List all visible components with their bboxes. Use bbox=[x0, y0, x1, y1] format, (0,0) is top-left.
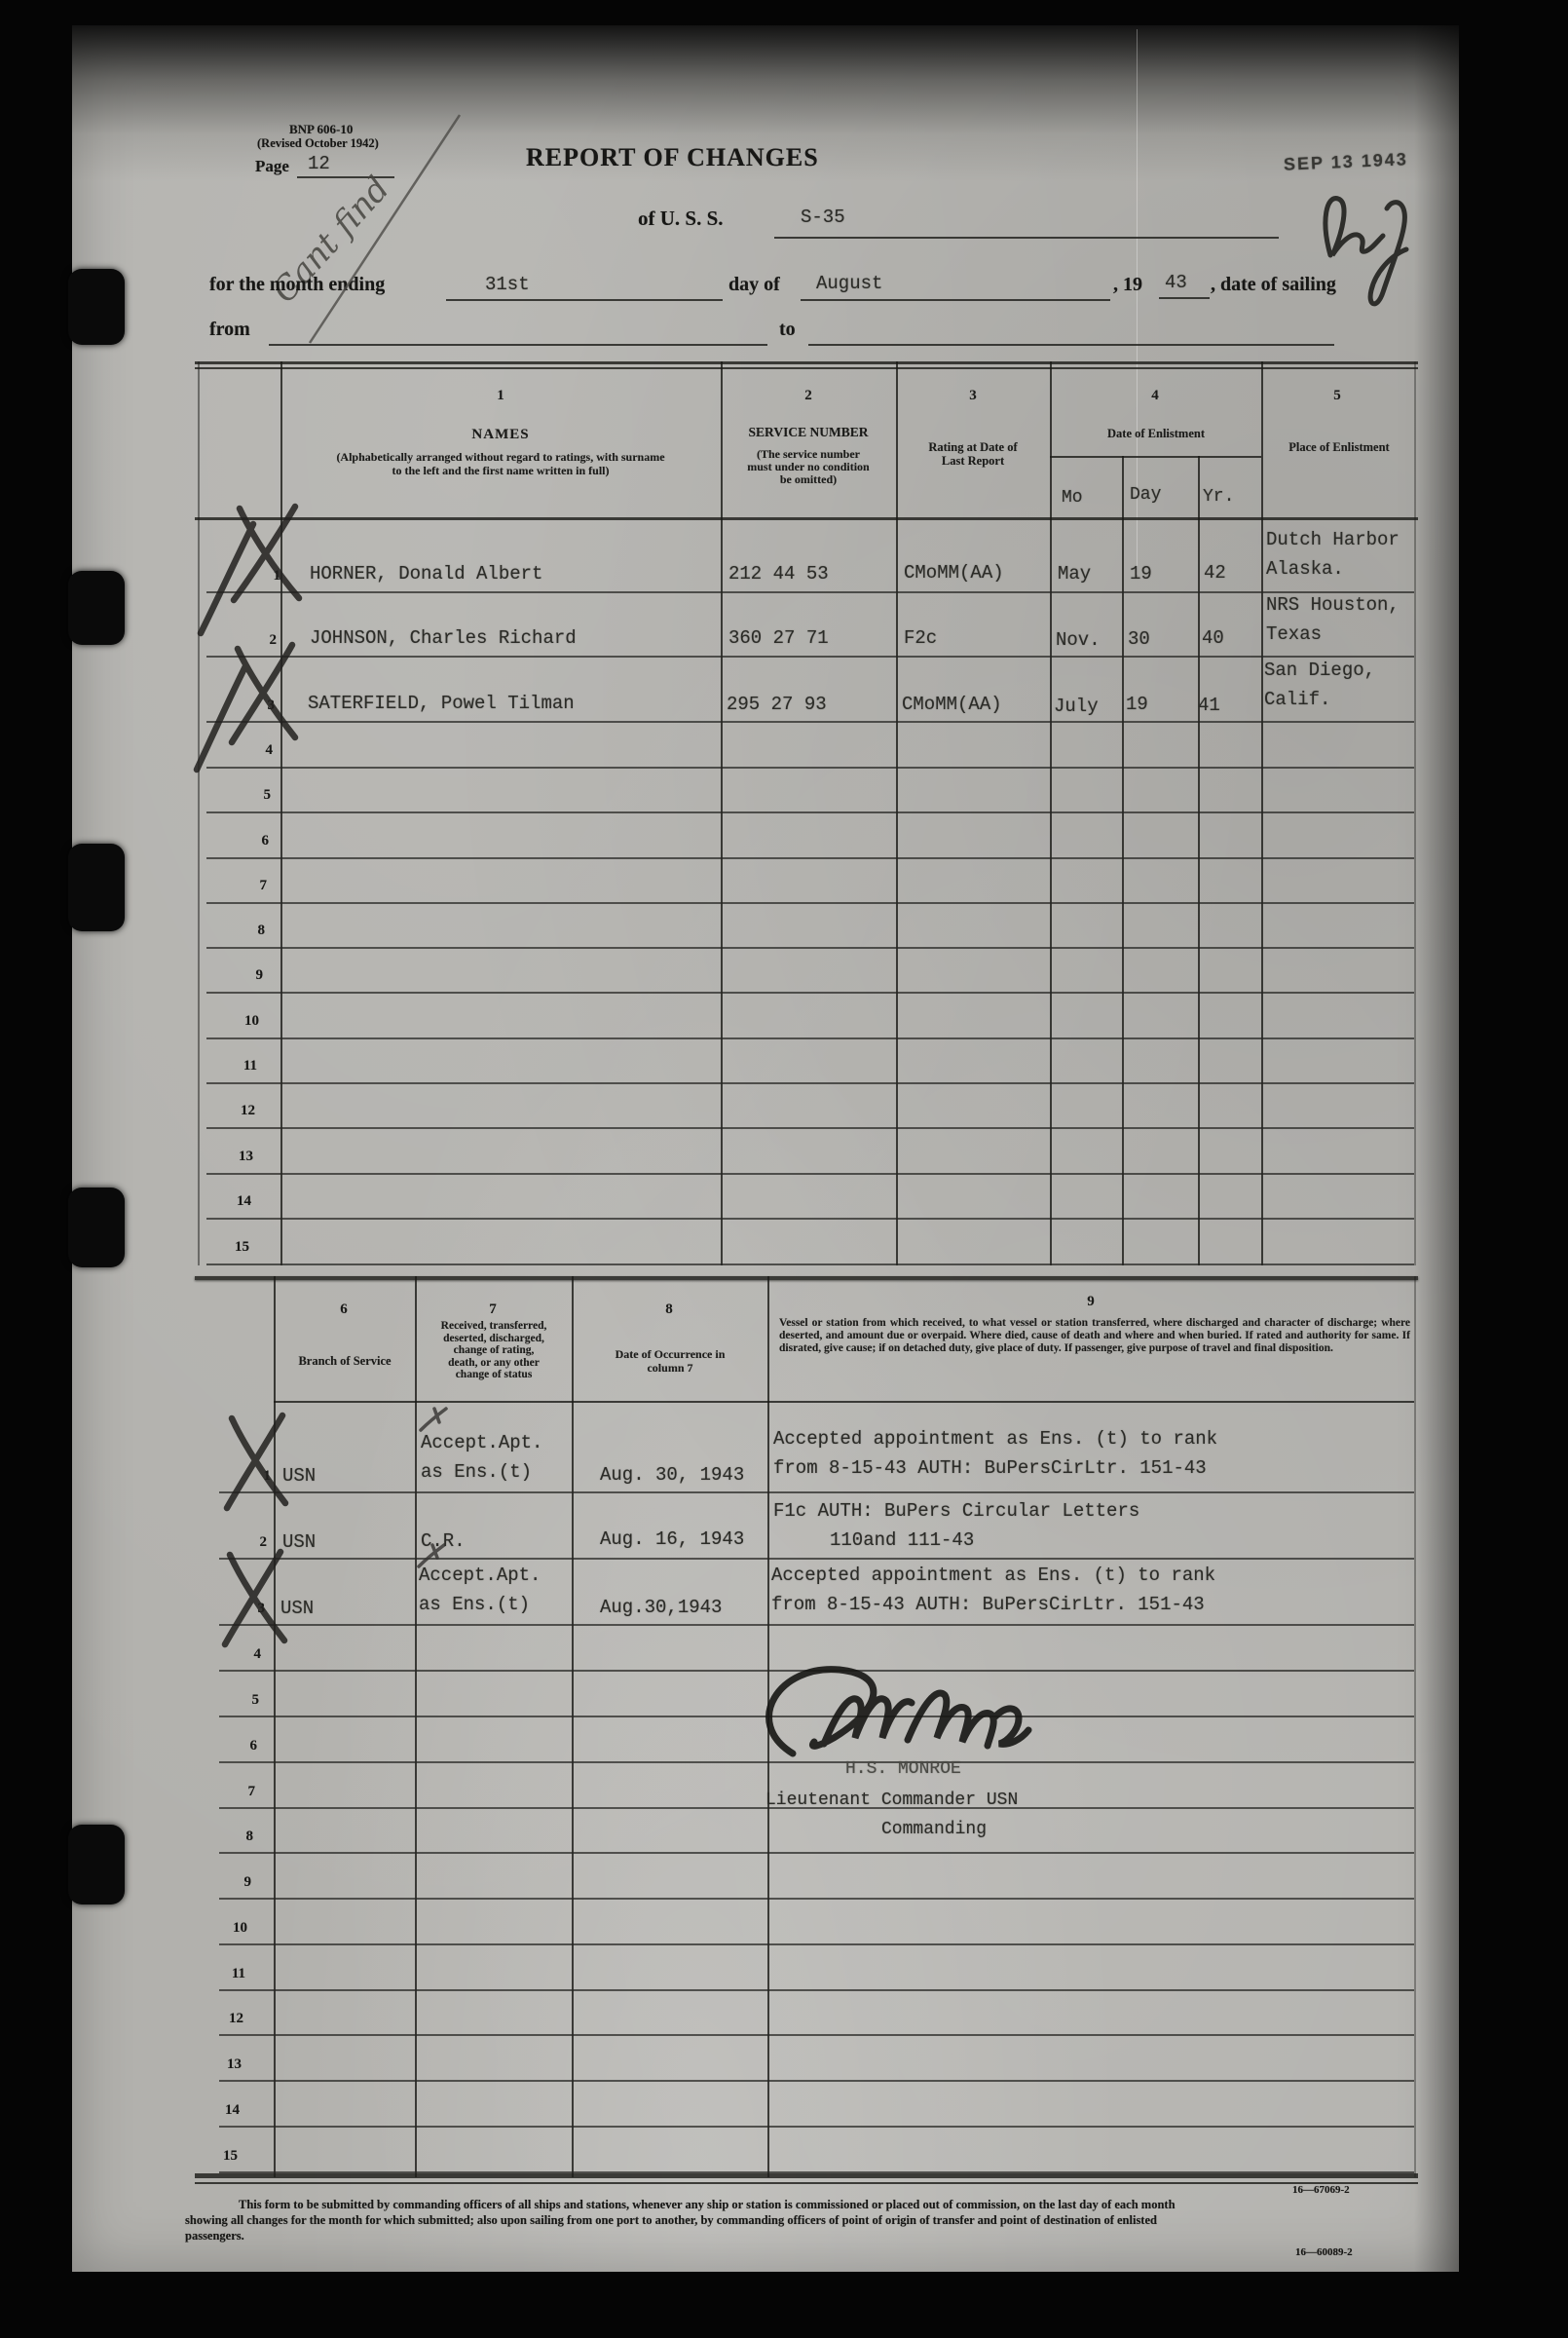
t2-date: Aug.30,1943 bbox=[600, 1597, 722, 1618]
t2-date: Aug. 16, 1943 bbox=[600, 1528, 744, 1550]
t2-row-number: 13 bbox=[208, 2056, 242, 2073]
t1-row-rule bbox=[206, 992, 1414, 994]
month-value: August bbox=[816, 273, 882, 294]
t1-row-number: 12 bbox=[222, 1103, 255, 1119]
t1-subcol-line bbox=[1122, 456, 1124, 1265]
binder-hole bbox=[68, 844, 125, 931]
t1-col3-number: 3 bbox=[953, 388, 992, 404]
t2-col8-number: 8 bbox=[650, 1301, 689, 1318]
year-value: 43 bbox=[1165, 272, 1187, 293]
t2-row-rule bbox=[219, 2034, 1414, 2036]
t1-col5-title: Place of Enlistment bbox=[1266, 440, 1412, 455]
t1-row-rule bbox=[206, 1173, 1414, 1175]
month-ending-label: for the month ending bbox=[209, 274, 385, 296]
t1-yr-label: Yr. bbox=[1203, 487, 1234, 507]
t1-row-number: 8 bbox=[232, 923, 265, 939]
t2-row-number: 8 bbox=[220, 1829, 253, 1845]
t2-bottom-rule2 bbox=[195, 2182, 1418, 2184]
t1-row-rule bbox=[206, 721, 1414, 723]
footer-note-line2: showing all changes for the month for wh… bbox=[185, 2213, 1157, 2228]
t2-col-line bbox=[572, 1276, 574, 2177]
t1-row-number: 10 bbox=[226, 1013, 259, 1030]
t2-row-number: 6 bbox=[224, 1738, 257, 1754]
t1-col1-title: NAMES bbox=[355, 427, 647, 443]
t2-remark-line1: F1c AUTH: BuPers Circular Letters bbox=[773, 1500, 1139, 1522]
t1-rating: CMoMM(AA) bbox=[904, 562, 1004, 584]
scan-right-shadow bbox=[1414, 25, 1459, 2272]
t1-row-number: 9 bbox=[230, 967, 263, 984]
t2-row-number: 12 bbox=[210, 2011, 243, 2027]
t1-enlist-mo: July bbox=[1054, 696, 1099, 717]
t1-col1-note: (Alphabetically arranged without regard … bbox=[298, 451, 703, 477]
t2-remark-line2: from 8-15-43 AUTH: BuPersCirLtr. 151-43 bbox=[773, 1457, 1207, 1479]
t1-col3-title: Rating at Date of Last Report bbox=[898, 440, 1048, 468]
t1-row-number: 2 bbox=[243, 632, 277, 649]
binder-hole bbox=[68, 571, 125, 645]
t1-col2-number: 2 bbox=[789, 388, 828, 404]
t1-enlist-mo: May bbox=[1058, 563, 1091, 584]
t1-col-line bbox=[1050, 361, 1052, 1265]
t2-row-number: 11 bbox=[212, 1966, 245, 1982]
signature-capacity: Commanding bbox=[881, 1820, 987, 1839]
t2-row-number: 2 bbox=[234, 1534, 267, 1551]
footer-form-code-bottom: 16—60089-2 bbox=[1295, 2246, 1353, 2258]
month-ending-day: 31st bbox=[485, 274, 530, 295]
t1-col5-number: 5 bbox=[1318, 388, 1357, 404]
t1-col2-title: SERVICE NUMBER bbox=[721, 425, 896, 440]
t2-row-rule bbox=[219, 1898, 1414, 1900]
t1-row-number: 13 bbox=[220, 1149, 253, 1165]
month-underline bbox=[801, 299, 1110, 301]
t2-row-number: 5 bbox=[226, 1692, 259, 1709]
t2-row-rule bbox=[219, 1558, 1414, 1560]
t1-name: JOHNSON, Charles Richard bbox=[310, 627, 577, 649]
page-number: 12 bbox=[308, 153, 330, 174]
t2-change-line2: as Ens.(t) bbox=[419, 1594, 530, 1615]
t1-row-rule bbox=[206, 947, 1414, 949]
binder-hole bbox=[68, 1825, 125, 1904]
page-title: REPORT OF CHANGES bbox=[526, 143, 819, 172]
from-label: from bbox=[209, 319, 250, 341]
t1-place-line2: Calif. bbox=[1264, 689, 1330, 710]
t2-col6-title: Branch of Service bbox=[279, 1354, 411, 1369]
t2-col8-title: Date of Occurrence in column 7 bbox=[577, 1347, 764, 1375]
signature-rank: Lieutenant Commander USN bbox=[765, 1791, 1018, 1810]
t2-row-number: 1 bbox=[238, 1468, 271, 1485]
t2-remark-line1: Accepted appointment as Ens. (t) to rank bbox=[773, 1428, 1217, 1450]
t1-row-number: 5 bbox=[238, 787, 271, 804]
t1-service-number: 212 44 53 bbox=[728, 563, 829, 584]
t2-top-rule bbox=[195, 1276, 1418, 1280]
t1-row-rule bbox=[206, 1082, 1414, 1084]
t1-enlist-yr: 42 bbox=[1204, 562, 1226, 584]
t2-col9-number: 9 bbox=[1071, 1294, 1110, 1310]
t2-col9-title: Vessel or station from which received, t… bbox=[779, 1317, 1410, 1356]
to-underline bbox=[808, 344, 1334, 346]
t2-remark-line2: 110and 111-43 bbox=[830, 1529, 974, 1551]
t2-row-number: 9 bbox=[218, 1874, 251, 1891]
t2-row-rule bbox=[219, 1491, 1414, 1493]
t1-row-rule bbox=[206, 902, 1414, 904]
t1-row-number: 14 bbox=[218, 1193, 251, 1210]
t1-enlist-day: 19 bbox=[1126, 694, 1148, 715]
t1-col4-number: 4 bbox=[1136, 388, 1175, 404]
t1-right-border bbox=[1414, 361, 1416, 1265]
footer-form-code-top: 16—67069-2 bbox=[1292, 2184, 1350, 2196]
t1-top-rule2 bbox=[195, 367, 1418, 369]
t1-day-label: Day bbox=[1130, 485, 1161, 505]
t2-col-line bbox=[767, 1276, 769, 2177]
t1-row-number: 1 bbox=[247, 568, 280, 584]
t2-row-number: 3 bbox=[232, 1601, 265, 1617]
to-label: to bbox=[779, 319, 796, 341]
t1-service-number: 295 27 93 bbox=[727, 694, 827, 715]
t1-place-line2: Alaska. bbox=[1266, 558, 1344, 580]
t1-left-border bbox=[198, 361, 200, 1265]
page-underline bbox=[297, 176, 394, 178]
year-prefix-label: , 19 bbox=[1113, 274, 1142, 296]
t1-enlistment-split-rule bbox=[1050, 456, 1261, 458]
t2-change-line1: Accept.Apt. bbox=[421, 1432, 542, 1453]
t1-row-number: 15 bbox=[216, 1239, 249, 1256]
sailing-label: , date of sailing bbox=[1211, 274, 1336, 296]
t2-col6-number: 6 bbox=[324, 1301, 363, 1318]
t1-enlist-yr: 40 bbox=[1202, 627, 1224, 649]
t2-row-number: 7 bbox=[222, 1784, 255, 1800]
binder-hole bbox=[68, 1188, 125, 1267]
t2-branch: USN bbox=[282, 1531, 316, 1553]
ship-name: S-35 bbox=[801, 207, 845, 228]
ship-name-underline bbox=[774, 237, 1279, 239]
t2-col7-number: 7 bbox=[473, 1301, 512, 1318]
t1-place-line1: Dutch Harbor bbox=[1266, 529, 1400, 550]
t1-mo-label: Mo bbox=[1062, 488, 1083, 508]
t1-enlist-mo: Nov. bbox=[1056, 629, 1101, 651]
t2-col-line bbox=[415, 1276, 417, 2177]
t1-row-number: 7 bbox=[234, 878, 267, 894]
day-underline bbox=[446, 299, 723, 301]
t2-row-rule bbox=[219, 1852, 1414, 1854]
t2-date: Aug. 30, 1943 bbox=[600, 1464, 744, 1486]
t2-row-rule bbox=[219, 1624, 1414, 1626]
t1-header-bottom-rule bbox=[195, 517, 1418, 520]
t1-row-rule bbox=[206, 656, 1414, 658]
t1-row-rule bbox=[206, 591, 1414, 593]
year-underline bbox=[1159, 297, 1210, 299]
form-id: BNP 606-10 bbox=[289, 122, 353, 137]
t1-place-line1: NRS Houston, bbox=[1266, 594, 1400, 616]
t2-branch: USN bbox=[280, 1598, 314, 1619]
t1-row-number: 6 bbox=[236, 833, 269, 849]
t1-enlist-day: 30 bbox=[1128, 628, 1150, 650]
t2-row-rule bbox=[219, 1761, 1414, 1763]
t2-bottom-rule bbox=[195, 2173, 1418, 2178]
t1-row-number: 3 bbox=[242, 698, 275, 714]
t2-left-border bbox=[274, 1276, 276, 2177]
t1-col4-title: Date of Enlistment bbox=[1052, 427, 1260, 441]
t1-subcol-line bbox=[1198, 456, 1200, 1265]
t1-rating: CMoMM(AA) bbox=[902, 694, 1002, 715]
signature-typed-name: H.S. MONROE bbox=[845, 1759, 961, 1779]
t1-row-number: 4 bbox=[240, 742, 273, 759]
t2-row-rule bbox=[219, 1943, 1414, 1945]
t1-top-rule bbox=[195, 361, 1418, 364]
footer-note-line1: This form to be submitted by commanding … bbox=[239, 2198, 1176, 2212]
t1-enlist-yr: 41 bbox=[1198, 695, 1220, 716]
t2-row-rule bbox=[219, 1716, 1414, 1717]
page-label: Page bbox=[255, 157, 289, 176]
scanned-document-page: BNP 606-10 (Revised October 1942) Page 1… bbox=[0, 0, 1568, 2338]
t2-col7-title: Received, transferred, deserted, dischar… bbox=[419, 1320, 569, 1381]
t1-name: HORNER, Donald Albert bbox=[310, 563, 542, 584]
t2-change-line2: as Ens.(t) bbox=[421, 1461, 532, 1483]
t1-row-rule bbox=[206, 811, 1414, 813]
t1-place-line1: San Diego, bbox=[1264, 660, 1375, 681]
t1-row-rule bbox=[206, 767, 1414, 769]
t2-change-line1: C.R. bbox=[421, 1530, 466, 1552]
of-uss-label: of U. S. S. bbox=[638, 207, 724, 231]
t2-row-number: 4 bbox=[228, 1646, 261, 1663]
t2-header-bottom-rule bbox=[274, 1401, 1414, 1403]
t2-row-rule bbox=[219, 2080, 1414, 2082]
t1-rating: F2c bbox=[904, 627, 937, 649]
t1-row-rule bbox=[206, 1037, 1414, 1039]
t2-row-number: 15 bbox=[205, 2148, 238, 2165]
t2-right-border bbox=[1414, 1276, 1416, 2177]
t2-branch: USN bbox=[282, 1465, 316, 1487]
t2-row-rule bbox=[219, 2126, 1414, 2128]
t1-col1-number: 1 bbox=[481, 388, 520, 404]
t1-row-rule bbox=[206, 1263, 1414, 1265]
t1-name: SATERFIELD, Powel Tilman bbox=[308, 693, 575, 714]
t2-row-number: 14 bbox=[206, 2102, 240, 2119]
t1-row-rule bbox=[206, 1127, 1414, 1129]
t1-row-rule bbox=[206, 857, 1414, 859]
day-of-label: day of bbox=[728, 274, 780, 296]
t2-row-number: 10 bbox=[214, 1920, 247, 1937]
t1-col-line bbox=[896, 361, 898, 1265]
t1-row-rule bbox=[206, 1218, 1414, 1220]
t2-row-rule bbox=[219, 1989, 1414, 1991]
t1-row-number: 11 bbox=[224, 1058, 257, 1075]
from-underline bbox=[269, 344, 767, 346]
t1-enlist-day: 19 bbox=[1130, 563, 1152, 584]
t2-change-line1: Accept.Apt. bbox=[419, 1565, 541, 1586]
form-revision: (Revised October 1942) bbox=[257, 136, 379, 151]
binder-hole bbox=[68, 269, 125, 345]
t1-gutter-line bbox=[280, 361, 282, 1265]
t1-col-line bbox=[1261, 361, 1263, 1265]
t2-remark-line2: from 8-15-43 AUTH: BuPersCirLtr. 151-43 bbox=[771, 1594, 1205, 1615]
footer-note-line3: passengers. bbox=[185, 2229, 244, 2244]
t2-row-rule bbox=[219, 1670, 1414, 1672]
t1-service-number: 360 27 71 bbox=[728, 627, 829, 649]
t1-col-line bbox=[721, 361, 723, 1265]
t1-col2-note: (The service number must under no condit… bbox=[728, 448, 888, 486]
t1-place-line2: Texas bbox=[1266, 623, 1322, 645]
t2-remark-line1: Accepted appointment as Ens. (t) to rank bbox=[771, 1565, 1215, 1586]
